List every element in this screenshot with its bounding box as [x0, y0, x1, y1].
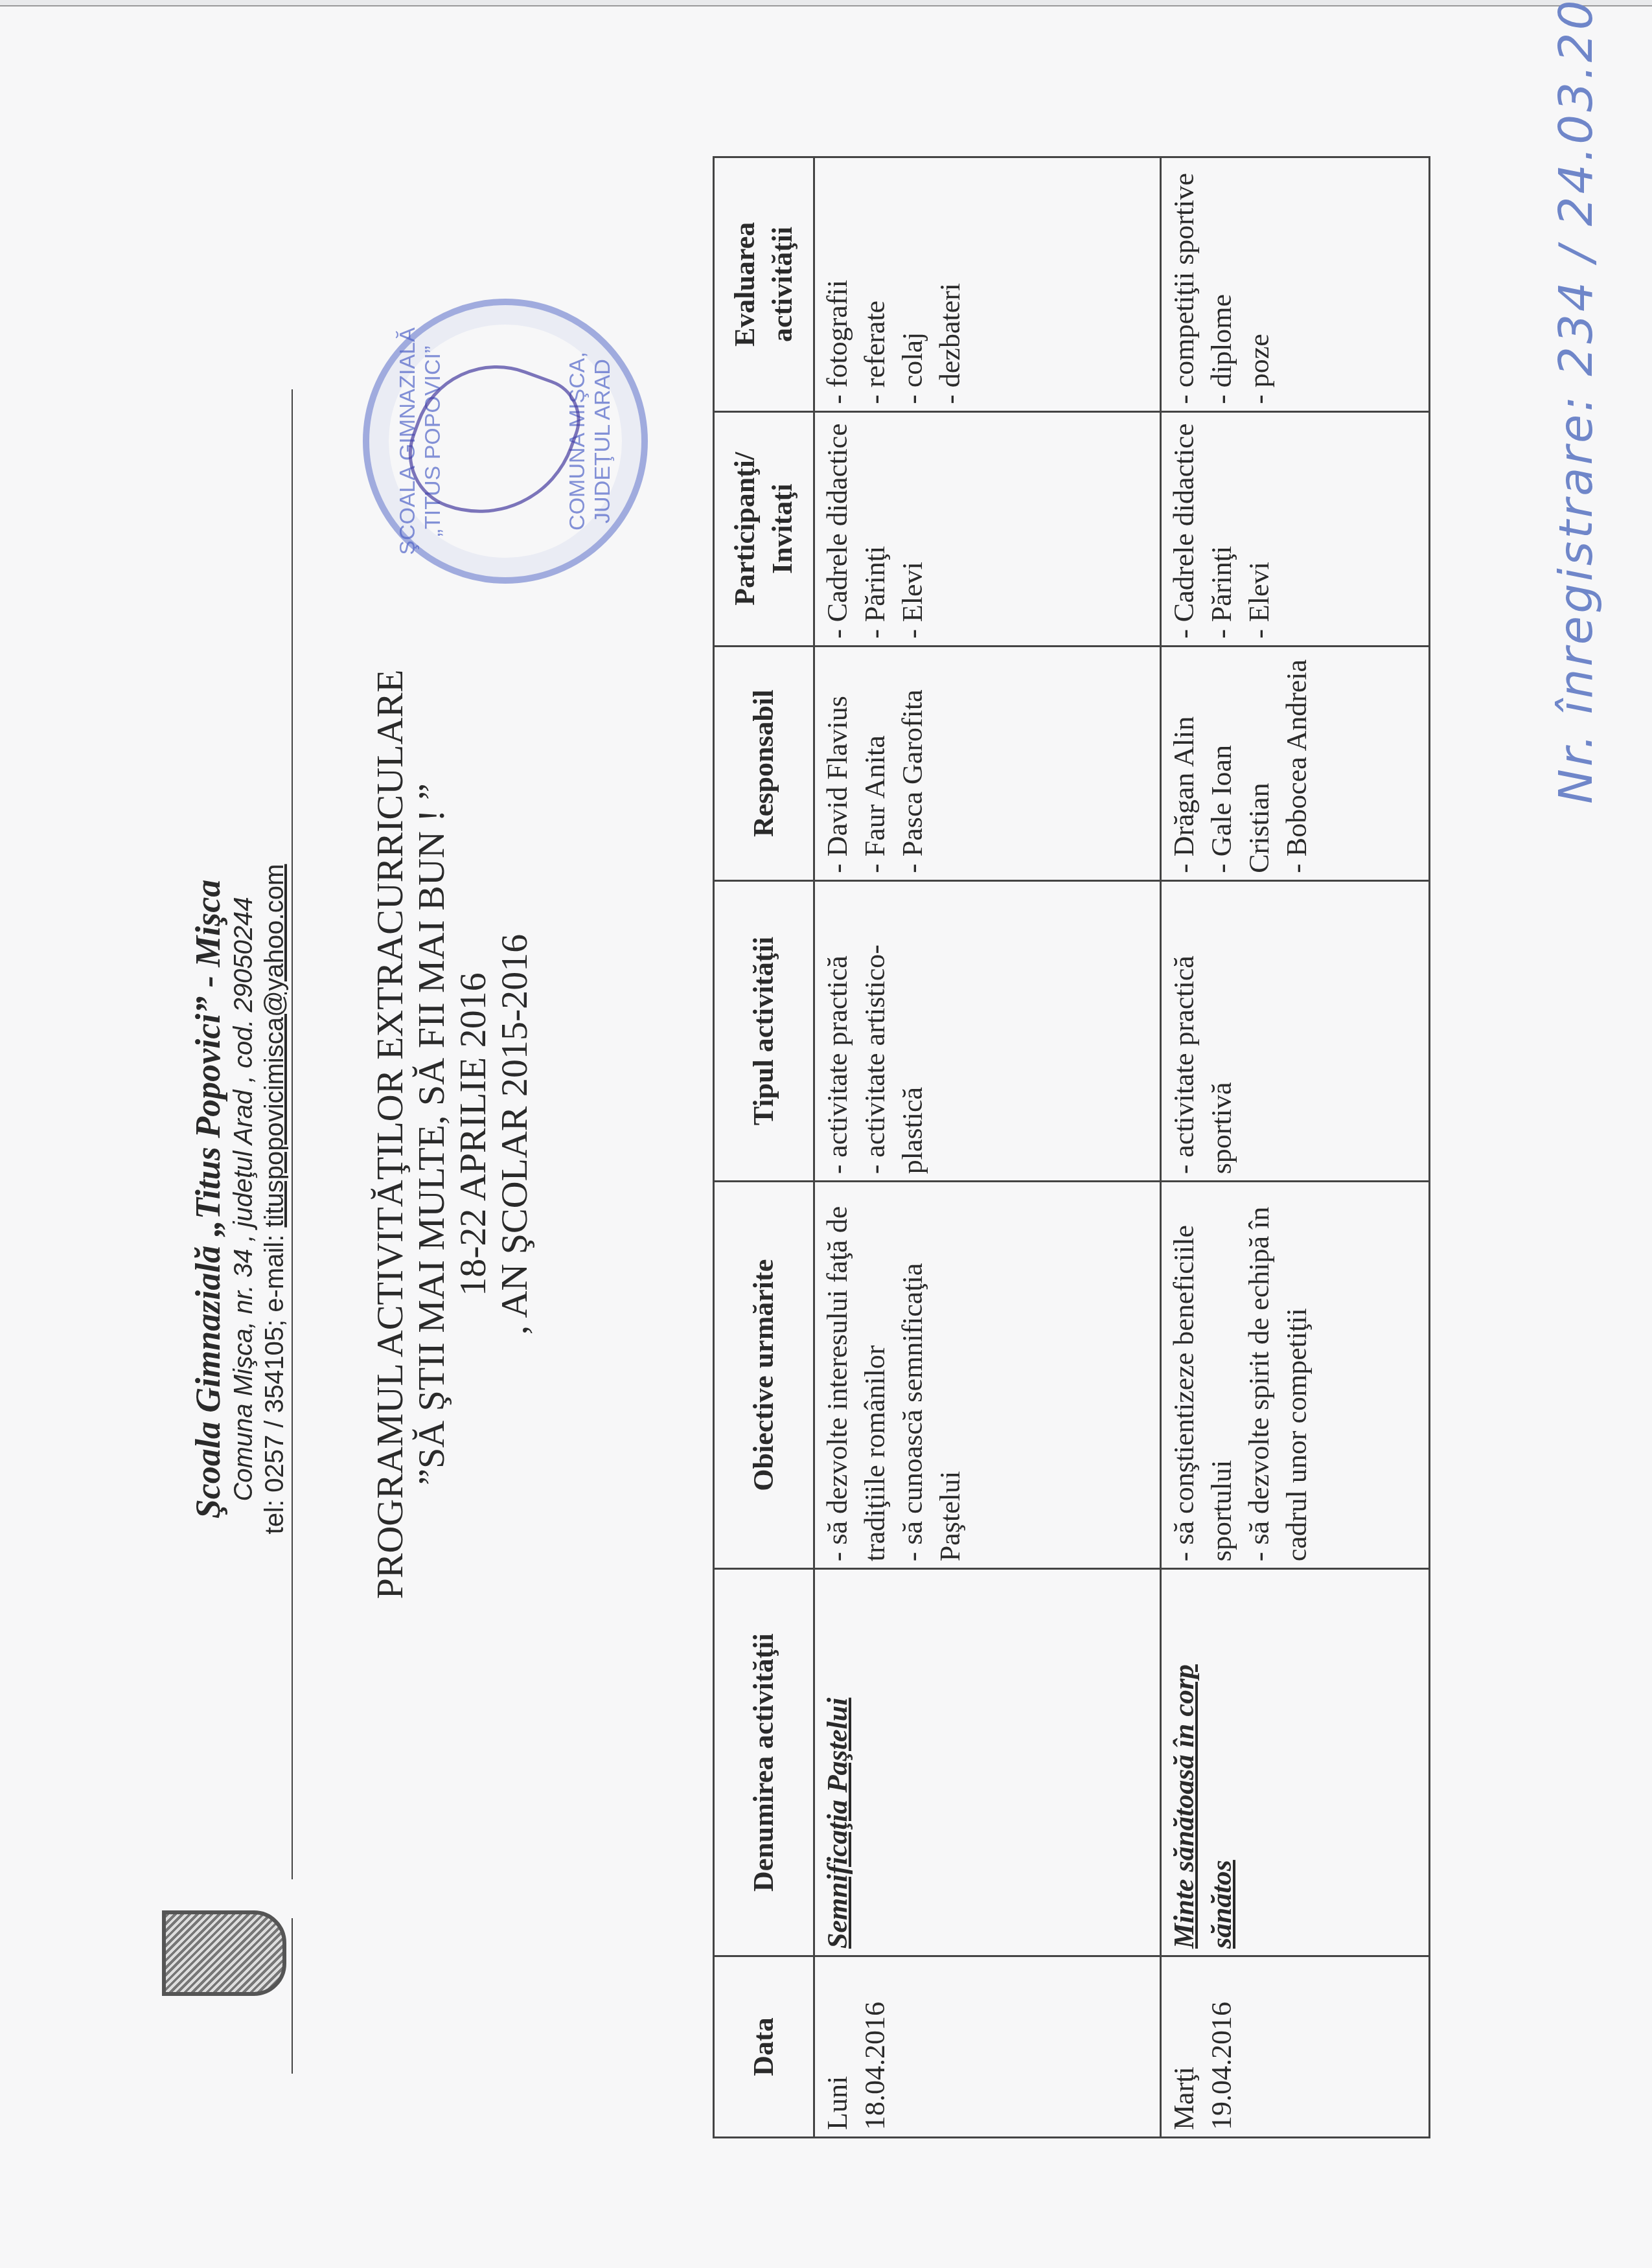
cell-objectives: - să conştientizeze beneficiile sportulu…	[1161, 1182, 1430, 1569]
registration-number: Nr. înregistrare: 234 / 24.03.2016	[1548, 0, 1603, 804]
evaluation-item: - diplome	[1203, 165, 1241, 404]
day-name: Luni	[819, 1964, 856, 2130]
school-address: Comuna Mişca, nr. 34 , judeţul Arad , co…	[228, 713, 259, 1685]
header-responsible: Responsabil	[714, 646, 814, 880]
header-objectives: Obiective urmărite	[714, 1182, 814, 1569]
date-value: 18.04.2016	[856, 1964, 894, 2130]
program-title: PROGRAMUL ACTIVITĂŢILOR EXTRACURRICULARE…	[369, 389, 535, 1879]
title-line-3: 18-22 APRILIE 2016	[452, 389, 494, 1879]
evaluation-item: - poze	[1241, 165, 1278, 404]
cell-activity-type: - activitate practică - activitate artis…	[814, 880, 1161, 1182]
objective-item: - să dezvolte spirit de echipă în cadrul…	[1241, 1189, 1316, 1561]
responsible-item: - Drăgan Alin	[1165, 654, 1203, 873]
evaluation-item: - dezbateri	[932, 165, 969, 404]
cell-objectives: - să dezvolte interesului faţă de tradiţ…	[814, 1182, 1161, 1569]
objective-item: - să cunoască semnificaţia Paştelui	[894, 1189, 969, 1561]
cell-responsible: - Drăgan Alin - Gale Ioan Cristian - Bob…	[1161, 646, 1430, 880]
participant-item: - Elevi	[1241, 419, 1278, 639]
cell-activity-name: Minte sănătoasă în corp sănătos	[1161, 1569, 1430, 1956]
rotated-document-page: Nr. înregistrare: 234 / 24.03.2016 Şcoal…	[0, 0, 1652, 2268]
title-line-1: PROGRAMUL ACTIVITĂŢILOR EXTRACURRICULARE	[369, 389, 411, 1879]
cell-responsible: - David Flavius - Faur Anita - Pasca Gar…	[814, 646, 1161, 880]
activities-table: Data Denumirea activităţii Obiective urm…	[713, 156, 1430, 2138]
coat-of-arms-icon	[162, 1910, 286, 1996]
cell-evaluation: - competiţii sportive - diplome - poze	[1161, 157, 1430, 412]
header-date: Data	[714, 1956, 814, 2138]
responsible-item: - Bobocea Andreia	[1278, 654, 1316, 873]
cell-date: Marţi 19.04.2016	[1161, 1956, 1430, 2138]
objective-item: - să dezvolte interesului faţă de tradiţ…	[819, 1189, 894, 1561]
cell-activity-type: - activitate practică sportivă	[1161, 880, 1430, 1182]
evaluation-item: - referate	[856, 165, 894, 404]
header-activity-type: Tipul activităţii	[714, 880, 814, 1182]
responsible-item: - Pasca Garofita	[894, 654, 932, 873]
cell-participants: - Cadrele didactice - Părinţi - Elevi	[814, 411, 1161, 646]
phone-text: tel: 0257 / 354105; e-mail:	[260, 1228, 289, 1535]
participant-item: - Cadrele didactice	[1165, 419, 1203, 639]
title-line-2: ”SĂ ŞTII MAI MULTE, SĂ FII MAI BUN ! ”	[411, 389, 452, 1879]
cell-activity-name: Semnificaţia Paştelui	[814, 1569, 1161, 1956]
header-activity-name: Denumirea activităţii	[714, 1569, 814, 1956]
participant-item: - Cadrele didactice	[819, 419, 856, 639]
responsible-item: - David Flavius	[819, 654, 856, 873]
participant-item: - Părinţi	[856, 419, 894, 639]
responsible-item: - Gale Ioan Cristian	[1203, 654, 1278, 873]
type-item: - activitate artistico-plastică	[856, 888, 932, 1174]
responsible-item: - Faur Anita	[856, 654, 894, 873]
date-value: 19.04.2016	[1203, 1964, 1241, 2130]
cell-evaluation: - fotografii - referate - colaj - dezbat…	[814, 157, 1161, 412]
email-link[interactable]: tituspopovicimisca@yahoo.com	[260, 864, 289, 1228]
evaluation-item: - competiţii sportive	[1165, 165, 1203, 404]
header-participants: Participanţi/ Invitaţi	[714, 411, 814, 646]
header-evaluation: Evaluarea activităţii	[714, 157, 814, 412]
table-row: Marţi 19.04.2016 Minte sănătoasă în corp…	[1161, 157, 1430, 2138]
school-contact: tel: 0257 / 354105; e-mail: tituspopovic…	[259, 713, 290, 1685]
divider	[292, 1918, 293, 2074]
divider	[292, 389, 293, 1879]
type-item: - activitate practică	[819, 888, 856, 1174]
evaluation-item: - colaj	[894, 165, 932, 404]
table-row: Luni 18.04.2016 Semnificaţia Paştelui - …	[814, 157, 1161, 2138]
table-header-row: Data Denumirea activităţii Obiective urm…	[714, 157, 814, 2138]
cell-date: Luni 18.04.2016	[814, 1956, 1161, 2138]
school-header: Şcoala Gimnazială „Titus Popovici” - Miş…	[188, 713, 290, 1685]
participant-item: - Părinţi	[1203, 419, 1241, 639]
cell-participants: - Cadrele didactice - Părinţi - Elevi	[1161, 411, 1430, 646]
evaluation-item: - fotografii	[819, 165, 856, 404]
title-line-4: , AN ŞCOLAR 2015-2016	[494, 389, 535, 1879]
school-name: Şcoala Gimnazială „Titus Popovici” - Miş…	[188, 713, 228, 1685]
type-item: - activitate practică sportivă	[1165, 888, 1241, 1174]
participant-item: - Elevi	[894, 419, 932, 639]
day-name: Marţi	[1165, 1964, 1203, 2130]
objective-item: - să conştientizeze beneficiile sportulu…	[1165, 1189, 1241, 1561]
